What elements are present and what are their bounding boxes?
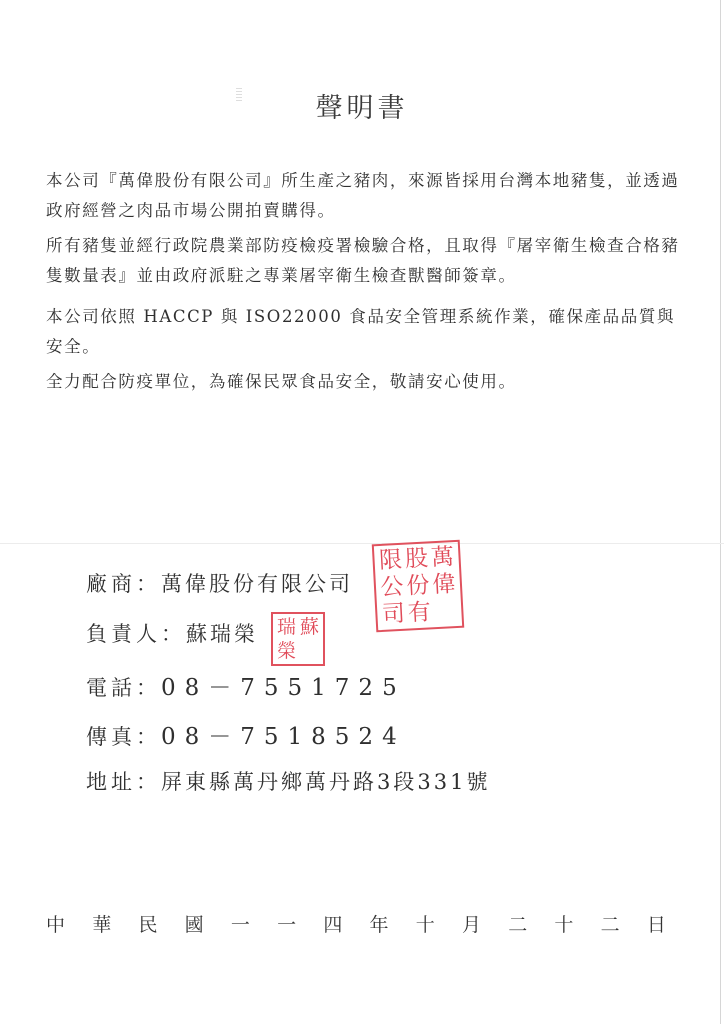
seal-char: 股	[403, 545, 430, 573]
document-page: 聲明書 本公司『萬偉股份有限公司』所生產之豬肉，來源皆採用台灣本地豬隻，並透過政…	[0, 0, 724, 1024]
address-value: 屏東縣萬丹鄉萬丹路3段331號	[161, 770, 490, 794]
date-char: 國	[185, 910, 204, 937]
seal-char: 限	[377, 547, 404, 575]
address-row: 地址：屏東縣萬丹鄉萬丹路3段331號	[86, 766, 490, 796]
date-char: 年	[370, 910, 389, 937]
seal-char: 份	[404, 572, 431, 600]
seal-char	[298, 639, 321, 663]
vendor-value: 萬偉股份有限公司	[161, 572, 353, 596]
scan-edge-line	[720, 0, 721, 1024]
date-char: 二	[508, 910, 527, 937]
seal-char: 偉	[430, 571, 457, 599]
date-char: 十	[554, 910, 573, 937]
document-title: 聲明書	[0, 86, 724, 125]
date-line: 中 華 民 國 一 一 四 年 十 月 二 十 二 日	[46, 910, 666, 937]
fax-label: 傳真：	[86, 725, 161, 749]
address-label: 地址：	[86, 770, 161, 794]
fax-value: 08－7518524	[161, 724, 406, 750]
vendor-row: 廠商：萬偉股份有限公司	[86, 568, 353, 598]
date-char: 四	[323, 910, 342, 937]
fax-row: 傳真：08－7518524	[86, 718, 406, 751]
date-char: 十	[416, 910, 435, 937]
date-char: 中	[46, 910, 65, 937]
seal-char: 萬	[429, 544, 456, 572]
owner-row: 負責人：蘇瑞榮	[86, 618, 258, 648]
date-char: 二	[601, 910, 620, 937]
seal-char: 公	[378, 574, 405, 602]
paragraph-source: 本公司『萬偉股份有限公司』所生產之豬肉，來源皆採用台灣本地豬隻，並透過政府經營之…	[46, 166, 686, 226]
date-char: 一	[231, 910, 250, 937]
seal-char: 蘇	[298, 615, 321, 639]
paragraph-inspection: 所有豬隻並經行政院農業部防疫檢疫署檢驗合格，且取得『屠宰衛生檢查合格豬隻數量表』…	[46, 231, 686, 291]
seal-char	[432, 598, 459, 626]
paper-fold-line	[0, 543, 724, 544]
seal-char: 司	[380, 601, 407, 629]
date-char: 一	[277, 910, 296, 937]
vendor-label: 廠商：	[86, 572, 161, 596]
seal-char: 有	[406, 599, 433, 627]
phone-label: 電話：	[86, 676, 161, 700]
owner-label: 負責人：	[86, 622, 186, 646]
date-char: 日	[647, 910, 666, 937]
date-char: 民	[138, 910, 157, 937]
paragraph-haccp: 本公司依照 HACCP 與 ISO22000 食品安全管理系統作業，確保產品品質…	[46, 302, 686, 362]
seal-char: 榮	[275, 639, 298, 663]
date-char: 月	[462, 910, 481, 937]
phone-row: 電話：08－7551725	[86, 669, 406, 702]
owner-value: 蘇瑞榮	[186, 622, 258, 646]
phone-value: 08－7551725	[161, 675, 406, 701]
paragraph-assurance: 全力配合防疫單位，為確保民眾食品安全，敬請安心使用。	[46, 367, 686, 397]
company-seal-stamp: 萬 偉 股 份 有 限 公 司	[372, 540, 464, 632]
seal-char: 瑞	[275, 615, 298, 639]
owner-seal-stamp: 蘇 瑞 榮	[271, 612, 325, 666]
date-char: 華	[92, 910, 111, 937]
